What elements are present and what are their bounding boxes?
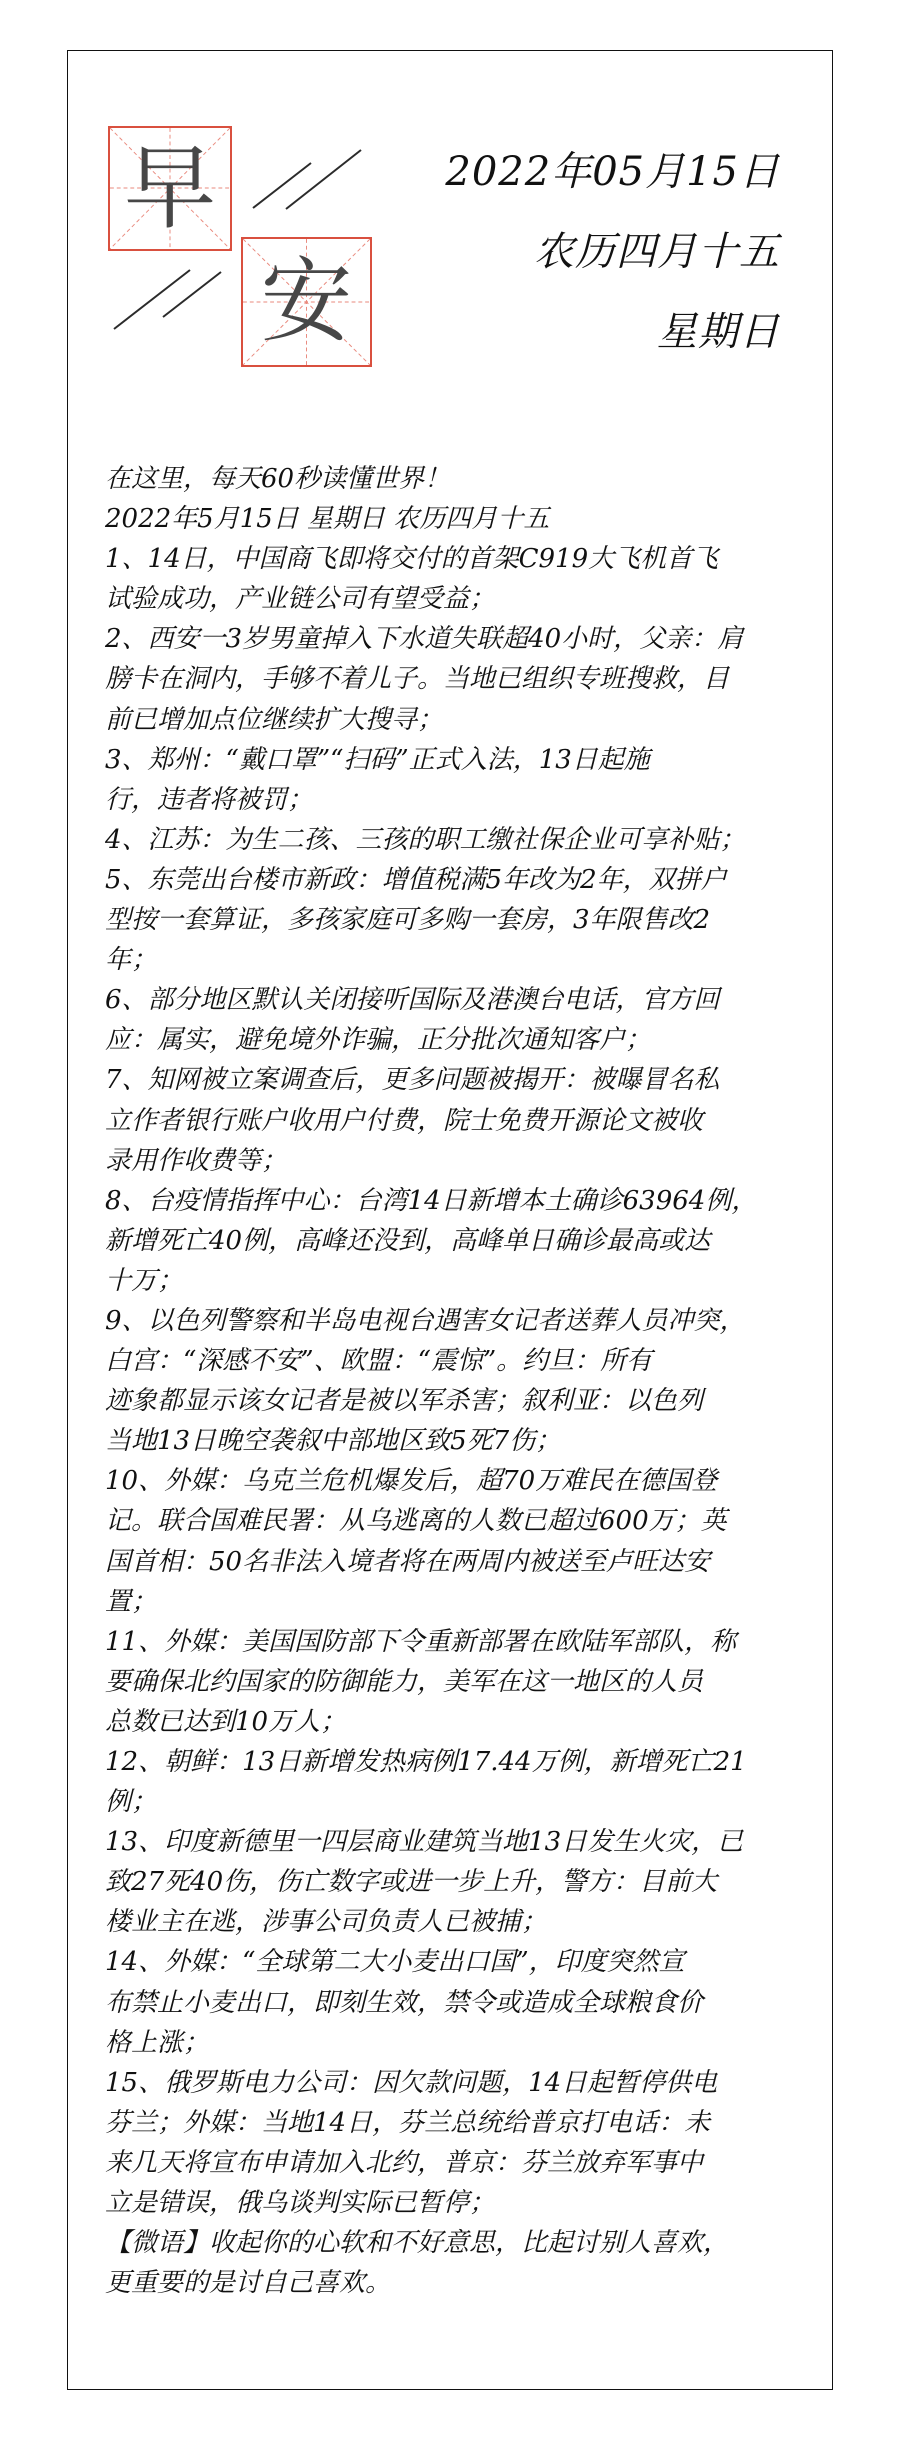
news-item-10: 10、外媒：乌克兰危机爆发后，超70万难民在德国登 — [105, 1461, 825, 1501]
news-body: 在这里，每天60秒读懂世界！ 2022年5月15日 星期日 农历四月十五 1、1… — [105, 459, 825, 2303]
news-item-7: 7、知网被立案调查后，更多问题被揭开：被曝冒名私 — [105, 1060, 825, 1100]
news-item-14: 14、外媒：“全球第二大小麦出口国”，印度突然宣 — [105, 1942, 825, 1982]
news-item-13-cont: 致27死40伤，伤亡数字或进一步上升，警方：目前大 — [105, 1862, 825, 1902]
weekday: 星期日 — [445, 292, 780, 372]
news-item-2: 2、西安一3岁男童掉入下水道失联超40小时，父亲：肩 — [105, 619, 825, 659]
double-slash-icon — [100, 260, 240, 340]
news-item-8: 8、台疫情指挥中心：台湾14日新增本土确诊63964例， — [105, 1181, 825, 1221]
news-item-5: 5、东莞出台楼市新政：增值税满5年改为2年，双拼户 — [105, 860, 825, 900]
news-item-10-cont: 置； — [105, 1582, 825, 1622]
news-item-9-cont: 迹象都显示该女记者是被以军杀害；叙利亚：以色列 — [105, 1381, 825, 1421]
news-item-1: 1、14日，中国商飞即将交付的首架C919大飞机首飞 — [105, 539, 825, 579]
quote-line: 【微语】收起你的心软和不好意思，比起讨别人喜欢， — [105, 2223, 825, 2263]
news-item-9-cont: 白宫：“深感不安”、欧盟：“震惊”。约旦：所有 — [105, 1341, 825, 1381]
news-item-15-cont: 芬兰；外媒：当地14日，芬兰总统给普京打电话：未 — [105, 2103, 825, 2143]
news-item-14-cont: 格上涨； — [105, 2023, 825, 2063]
news-item-3: 3、郑州：“戴口罩”“扫码”正式入法，13日起施 — [105, 740, 825, 780]
title-char-an: 安 — [243, 239, 370, 365]
title-char-zao: 早 — [110, 128, 230, 249]
news-item-15-cont: 来几天将宣布申请加入北约，普京：芬兰放弃军事中 — [105, 2143, 825, 2183]
news-item-12: 12、朝鲜：13日新增发热病例17.44万例，新增死亡21 — [105, 1742, 825, 1782]
news-item-6-cont: 应：属实，避免境外诈骗，正分批次通知客户； — [105, 1020, 825, 1060]
news-item-8-cont: 新增死亡40例，高峰还没到，高峰单日确诊最高或达 — [105, 1221, 825, 1261]
news-item-6: 6、部分地区默认关闭接听国际及港澳台电话，官方回 — [105, 980, 825, 1020]
gregorian-date: 2022年05月15日 — [445, 132, 780, 212]
title-char-box-zao: 早 — [108, 126, 232, 251]
news-item-5-cont: 型按一套算证，多孩家庭可多购一套房，3年限售改2 — [105, 900, 825, 940]
news-item-12-cont: 例； — [105, 1782, 825, 1822]
news-item-1-cont: 试验成功，产业链公司有望受益； — [105, 579, 825, 619]
date-block: 2022年05月15日 农历四月十五 星期日 — [445, 132, 780, 372]
date-line: 2022年5月15日 星期日 农历四月十五 — [105, 499, 825, 539]
news-item-2-cont: 膀卡在洞内，手够不着儿子。当地已组织专班搜救，目 — [105, 659, 825, 699]
news-item-9: 9、以色列警察和半岛电视台遇害女记者送葬人员冲突， — [105, 1301, 825, 1341]
news-item-2-cont: 前已增加点位继续扩大搜寻； — [105, 700, 825, 740]
double-slash-icon — [240, 140, 380, 220]
news-item-11-cont: 要确保北约国家的防御能力，美军在这一地区的人员 — [105, 1662, 825, 1702]
title-char-box-an: 安 — [241, 237, 372, 367]
news-item-11-cont: 总数已达到10万人； — [105, 1702, 825, 1742]
news-item-7-cont: 录用作收费等； — [105, 1141, 825, 1181]
news-item-8-cont: 十万； — [105, 1261, 825, 1301]
news-item-10-cont: 记。联合国难民署：从乌逃离的人数已超过600万；英 — [105, 1501, 825, 1541]
lunar-date: 农历四月十五 — [445, 212, 780, 292]
news-item-3-cont: 行，违者将被罚； — [105, 780, 825, 820]
intro-line: 在这里，每天60秒读懂世界！ — [105, 459, 825, 499]
news-item-15-cont: 立是错误，俄乌谈判实际已暂停； — [105, 2183, 825, 2223]
news-item-11: 11、外媒：美国国防部下令重新部署在欧陆军部队，称 — [105, 1622, 825, 1662]
quote-line-cont: 更重要的是讨自己喜欢。 — [105, 2263, 825, 2303]
news-item-7-cont: 立作者银行账户收用户付费，院士免费开源论文被收 — [105, 1101, 825, 1141]
news-item-5-cont: 年； — [105, 940, 825, 980]
news-item-4: 4、江苏：为生二孩、三孩的职工缴社保企业可享补贴； — [105, 820, 825, 860]
news-item-13: 13、印度新德里一四层商业建筑当地13日发生火灾，已 — [105, 1822, 825, 1862]
news-item-14-cont: 布禁止小麦出口，即刻生效，禁令或造成全球粮食价 — [105, 1983, 825, 2023]
news-item-9-cont: 当地13日晚空袭叙中部地区致5死7伤； — [105, 1421, 825, 1461]
news-item-15: 15、俄罗斯电力公司：因欠款问题，14日起暂停供电 — [105, 2063, 825, 2103]
news-item-13-cont: 楼业主在逃，涉事公司负责人已被捕； — [105, 1902, 825, 1942]
news-item-10-cont: 国首相：50名非法入境者将在两周内被送至卢旺达安 — [105, 1542, 825, 1582]
